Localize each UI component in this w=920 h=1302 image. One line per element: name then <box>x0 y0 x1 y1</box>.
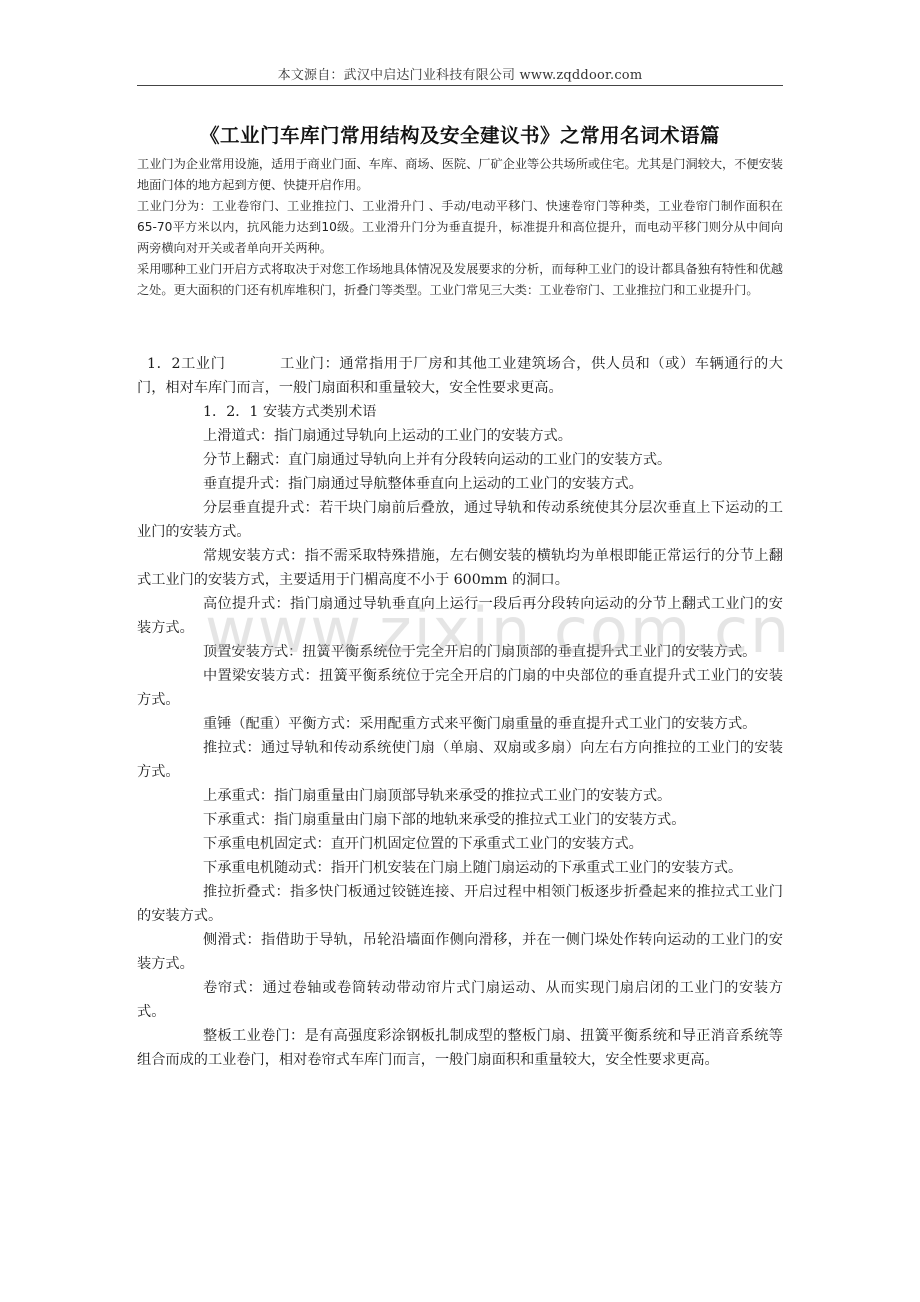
section-definition: 工业门：通常指用于厂房和其他工业建筑场合，供人员和（或）车辆通行的大门，相对车库… <box>137 356 783 396</box>
term-entry: 分节上翻式：直门扇通过导轨向上并有分段转向运动的工业门的安装方式。 <box>137 448 783 472</box>
term-name: 分节上翻式： <box>203 452 288 468</box>
term-name: 推拉式： <box>203 740 261 756</box>
term-entry: 整板工业卷门：是有高强度彩涂钢板扎制成型的整板门扇、扭簧平衡系统和导正消音系统等… <box>137 1024 783 1072</box>
term-definition: 直开门机固定位置的下承重式工业门的安装方式。 <box>331 836 643 852</box>
term-name: 中置梁安装方式： <box>203 668 319 684</box>
terms-section: 1．2工业门工业门：通常指用于厂房和其他工业建筑场合，供人员和（或）车辆通行的大… <box>137 352 783 1072</box>
term-entry: 下承重电机随动式：指开门机安装在门扇上随门扇运动的下承重式工业门的安装方式。 <box>137 856 783 880</box>
term-definition: 指门扇通过导轨向上运动的工业门的安装方式。 <box>274 428 572 444</box>
term-name: 上承重式： <box>203 788 274 804</box>
term-entry: 推拉式：通过导轨和传动系统使门扇（单扇、双扇或多扇）向左右方向推拉的工业门的安装… <box>137 736 783 784</box>
term-definition: 指开门机安装在门扇上随门扇运动的下承重式工业门的安装方式。 <box>331 860 742 876</box>
term-entry: 推拉折叠式：指多快门板通过铰链连接、开启过程中相领门板逐步折叠起来的推拉式工业门… <box>137 880 783 928</box>
term-entry: 垂直提升式：指门扇通过导航整体垂直向上运动的工业门的安装方式。 <box>137 472 783 496</box>
term-entry: 侧滑式：指借助于导轨，吊轮沿墙面作侧向滑移，并在一侧门垛处作转向运动的工业门的安… <box>137 928 783 976</box>
term-definition: 指门扇重量由门扇下部的地轨来承受的推拉式工业门的安装方式。 <box>274 812 685 828</box>
term-entry: 上承重式：指门扇重量由门扇顶部导轨来承受的推拉式工业门的安装方式。 <box>137 784 783 808</box>
term-entry: 分层垂直提升式：若干块门扇前后叠放，通过导轨和传动系统使其分层次垂直上下运动的工… <box>137 496 783 544</box>
term-name: 下承重电机固定式： <box>203 836 331 852</box>
term-entry: 重锤（配重）平衡方式：采用配重方式来平衡门扇重量的垂直提升式工业门的安装方式。 <box>137 712 783 736</box>
term-name: 整板工业卷门： <box>203 1028 305 1044</box>
section-heading: 工业门 <box>180 356 225 372</box>
term-entry: 下承重电机固定式：直开门机固定位置的下承重式工业门的安装方式。 <box>137 832 783 856</box>
term-entry: 高位提升式：指门扇通过导轨垂直向上运行一段后再分段转向运动的分节上翻式工业门的安… <box>137 592 783 640</box>
term-entry: 常规安装方式：指不需采取特殊措施，左右侧安装的横轨均为单根即能正常运行的分节上翻… <box>137 544 783 592</box>
term-name: 常规安装方式： <box>203 548 305 564</box>
term-name: 顶置安装方式： <box>203 644 302 660</box>
term-name: 重锤（配重）平衡方式： <box>203 716 359 732</box>
term-entry: 中置梁安装方式：扭簧平衡系统位于完全开启的门扇的中央部位的垂直提升式工业门的安装… <box>137 664 783 712</box>
intro-paragraph: 工业门为企业常用设施，适用于商业门面、车库、商场、医院、厂矿企业等公共场所或住宅… <box>137 154 783 196</box>
intro-paragraph: 采用哪种工业门开启方式将取决于对您工作场地具体情况及发展要求的分析，而每种工业门… <box>137 259 783 301</box>
header-divider <box>137 85 783 86</box>
section-lead: 1．2工业门工业门：通常指用于厂房和其他工业建筑场合，供人员和（或）车辆通行的大… <box>137 352 783 400</box>
intro-section: 工业门为企业常用设施，适用于商业门面、车库、商场、医院、厂矿企业等公共场所或住宅… <box>137 154 783 301</box>
term-definition: 直门扇通过导轨向上并有分段转向运动的工业门的安装方式。 <box>288 452 671 468</box>
page-header-source: 本文源自：武汉中启达门业科技有限公司 www.zqddoor.com <box>137 64 783 83</box>
term-name: 下承重式： <box>203 812 274 828</box>
term-definition: 指门扇重量由门扇顶部导轨来承受的推拉式工业门的安装方式。 <box>274 788 671 804</box>
term-entry: 卷帘式：通过卷轴或卷筒转动带动帘片式门扇运动、从而实现门扇启闭的工业门的安装方式… <box>137 976 783 1024</box>
term-definition: 采用配重方式来平衡门扇重量的垂直提升式工业门的安装方式。 <box>359 716 756 732</box>
term-name: 上滑道式： <box>203 428 274 444</box>
term-name: 侧滑式： <box>203 932 261 948</box>
section-number: 1．2 <box>147 356 180 372</box>
term-name: 分层垂直提升式： <box>203 500 319 516</box>
term-entry: 下承重式：指门扇重量由门扇下部的地轨来承受的推拉式工业门的安装方式。 <box>137 808 783 832</box>
term-definition: 指门扇通过导航整体垂直向上运动的工业门的安装方式。 <box>288 476 643 492</box>
term-name: 卷帘式： <box>203 980 263 996</box>
term-definition: 扭簧平衡系统位于完全开启的门扇顶部的垂直提升式工业门的安装方式。 <box>302 644 756 660</box>
term-name: 下承重电机随动式： <box>203 860 331 876</box>
term-name: 高位提升式： <box>203 596 290 612</box>
term-name: 垂直提升式： <box>203 476 288 492</box>
intro-paragraph: 工业门分为：工业卷帘门、工业推拉门、工业滑升门 、手动/电动平移门、快速卷帘门等… <box>137 196 783 259</box>
subsection-heading: 1．2．1 安装方式类别术语 <box>137 400 783 424</box>
term-entry: 上滑道式：指门扇通过导轨向上运动的工业门的安装方式。 <box>137 424 783 448</box>
term-entry: 顶置安装方式：扭簧平衡系统位于完全开启的门扇顶部的垂直提升式工业门的安装方式。 <box>137 640 783 664</box>
document-title: 《工业门车库门常用结构及安全建议书》之常用名词术语篇 <box>137 120 783 148</box>
term-name: 推拉折叠式： <box>203 884 290 900</box>
